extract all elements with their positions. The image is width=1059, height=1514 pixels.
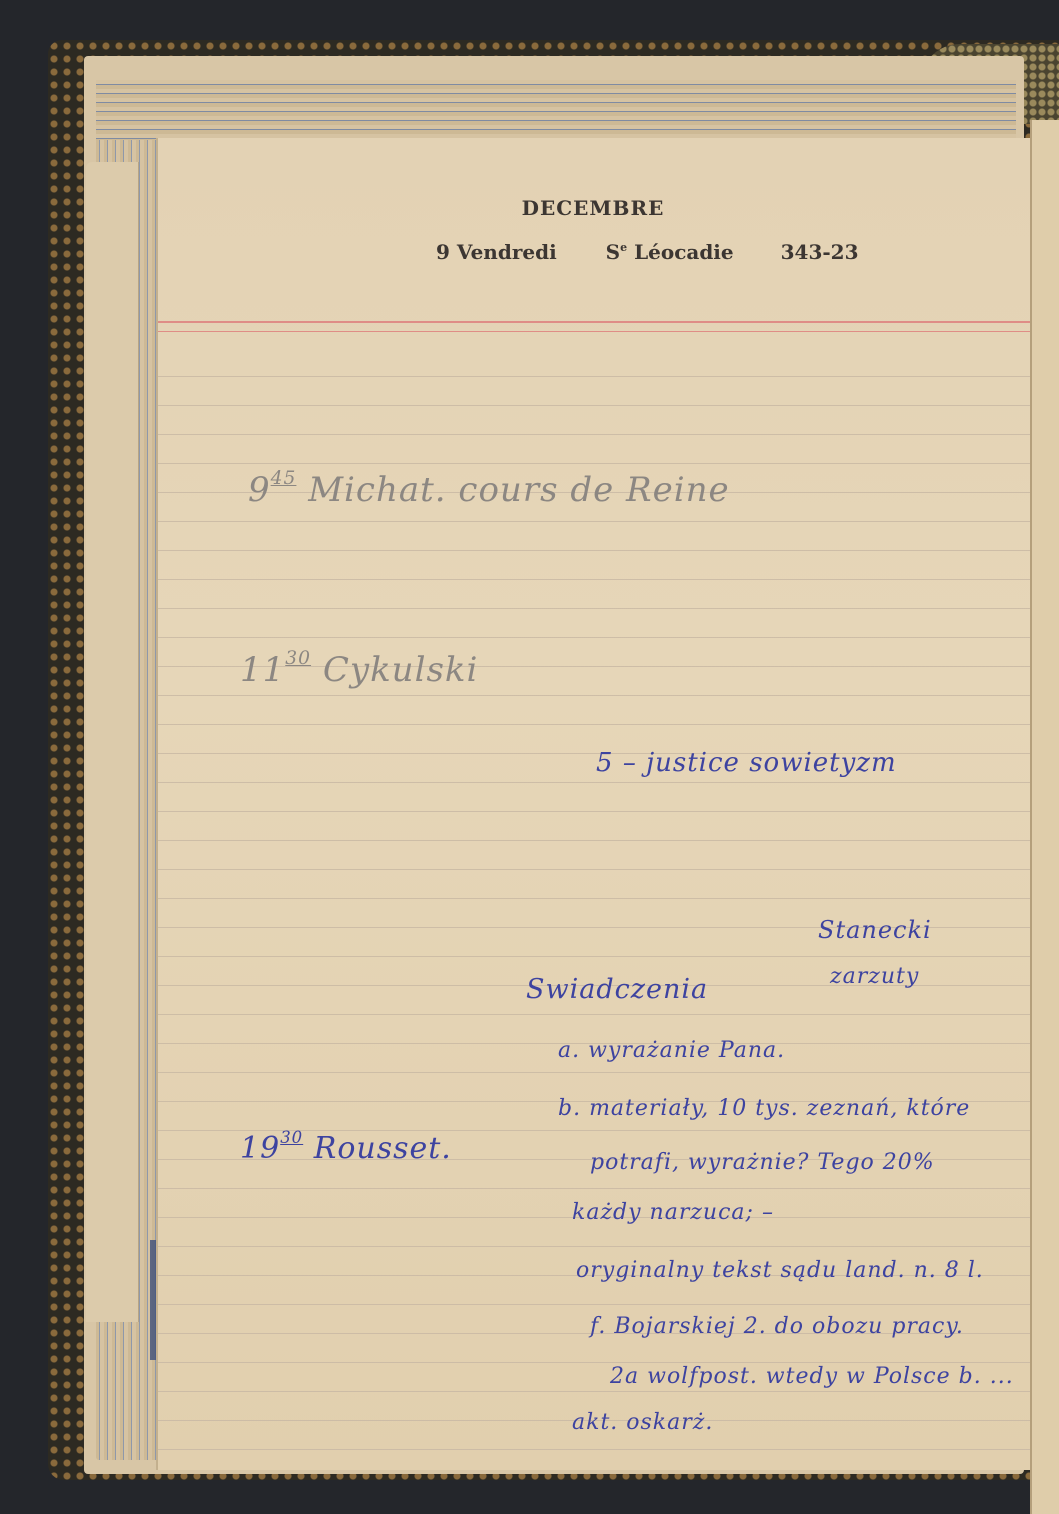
entry-text: Michat. cours de Reine <box>308 470 729 510</box>
weekday: Vendredi <box>457 240 557 264</box>
saint-prefix: S <box>606 240 620 264</box>
entry-time: 11 <box>240 650 285 690</box>
note-a: a. wyrażanie Pana. <box>558 1038 785 1063</box>
entry-time-min: 30 <box>285 648 311 669</box>
entry-time-min: 45 <box>271 468 297 489</box>
red-rule-top <box>158 321 1030 323</box>
entry-zarzuty: zarzuty <box>830 964 919 989</box>
note-f: 2a wolfpost. wtedy w Polsce b. ... <box>610 1364 1014 1389</box>
entry-stanecki: Stanecki <box>818 916 932 944</box>
date-line: 9 Vendredi Se Léocadie 343-23 <box>436 240 859 264</box>
page-tab-flap <box>86 162 139 1322</box>
entry-5: 5 – justice sowietyzm <box>596 748 897 778</box>
month-header: DECEMBRE <box>158 196 918 220</box>
note-b-cont: potrafi, wyrażnie? Tego 20% <box>590 1150 935 1175</box>
entry-text: Cykulski <box>323 650 479 690</box>
day-of-year: 343-23 <box>781 240 859 264</box>
note-e: f. Bojarskiej 2. do obozu pracy. <box>590 1314 964 1339</box>
ruled-lines <box>158 348 1030 1468</box>
day-number: 9 <box>436 240 450 264</box>
page-edges-top <box>96 80 1016 140</box>
entry-1130: 1130 Cykulski <box>240 648 478 690</box>
diary-page: DECEMBRE 9 Vendredi Se Léocadie 343-23 9… <box>158 138 1030 1470</box>
entry-time: 9 <box>248 470 271 510</box>
entry-0945: 945 Michat. cours de Reine <box>248 468 730 510</box>
saint-name: Léocadie <box>634 240 734 264</box>
entry-text: – justice sowietyzm <box>623 748 897 778</box>
note-c: każdy narzuca; – <box>572 1200 774 1225</box>
note-g: akt. oskarż. <box>572 1410 713 1435</box>
note-d: oryginalny tekst sądu land. n. 8 l. <box>576 1258 984 1283</box>
red-rule-bottom <box>158 331 1030 332</box>
note-b: b. materiały, 10 tys. zeznań, które <box>558 1096 970 1121</box>
facing-page-edge <box>1030 120 1059 1514</box>
day-label: 9 Vendredi <box>436 240 557 264</box>
entry-time: 19 <box>240 1131 280 1166</box>
saint-label: Se Léocadie <box>606 240 734 264</box>
entry-swiadczenia: Swiadczenia <box>526 974 708 1005</box>
entry-time-min: 30 <box>280 1128 303 1147</box>
entry-1930: 1930 Rousset. <box>240 1128 452 1166</box>
entry-time: 5 <box>596 748 614 778</box>
saint-sup: e <box>620 241 627 254</box>
entry-text: Rousset. <box>314 1131 452 1166</box>
